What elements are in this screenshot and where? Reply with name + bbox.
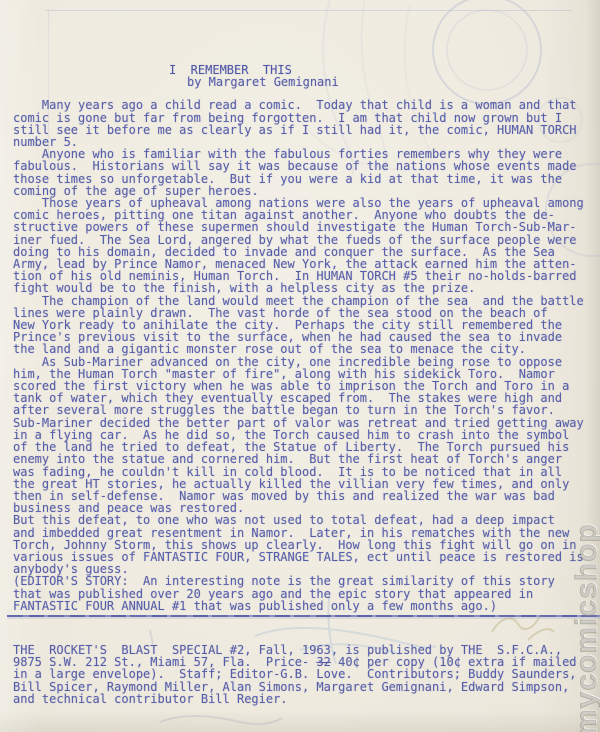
article-body: Many years ago a child read a comic. Tod… [13,99,600,612]
page-content: I REMEMBER THIS by Margaret Gemignani Ma… [13,0,600,705]
article-paragraph-6: But this defeat, to one who was not used… [13,514,600,575]
article-paragraph-2: Anyone who is familiar with the fabulous… [13,148,600,197]
article-byline: by Margaret Gemignani [13,76,600,88]
colophon-line-3: in a large envelope). Staff; Editor-G.B.… [13,668,600,680]
article-paragraph-1: Many years ago a child read a comic. Tod… [13,99,600,148]
colophon-line-5: and technical contributor Bill Regier. [13,693,600,705]
editor-note: (EDITOR'S STORY: An interesting note is … [13,575,600,612]
article-paragraph-4: The champion of the land would meet the … [13,295,600,356]
divider-line [7,615,600,617]
article-header: I REMEMBER THIS by Margaret Gemignani [13,64,600,88]
scanned-fanzine-page: I REMEMBER THIS by Margaret Gemignani Ma… [0,0,600,732]
article-paragraph-3: Those years of upheaval among nations we… [13,197,600,295]
article-paragraph-5: As Sub-Mariner advanced on the city, one… [13,356,600,515]
colophon: THE ROCKET'S BLAST SPECIAL #2, Fall, 196… [13,644,600,705]
colophon-line-4: Bill Spicer, Raymond Miller, Alan Simons… [13,681,600,693]
